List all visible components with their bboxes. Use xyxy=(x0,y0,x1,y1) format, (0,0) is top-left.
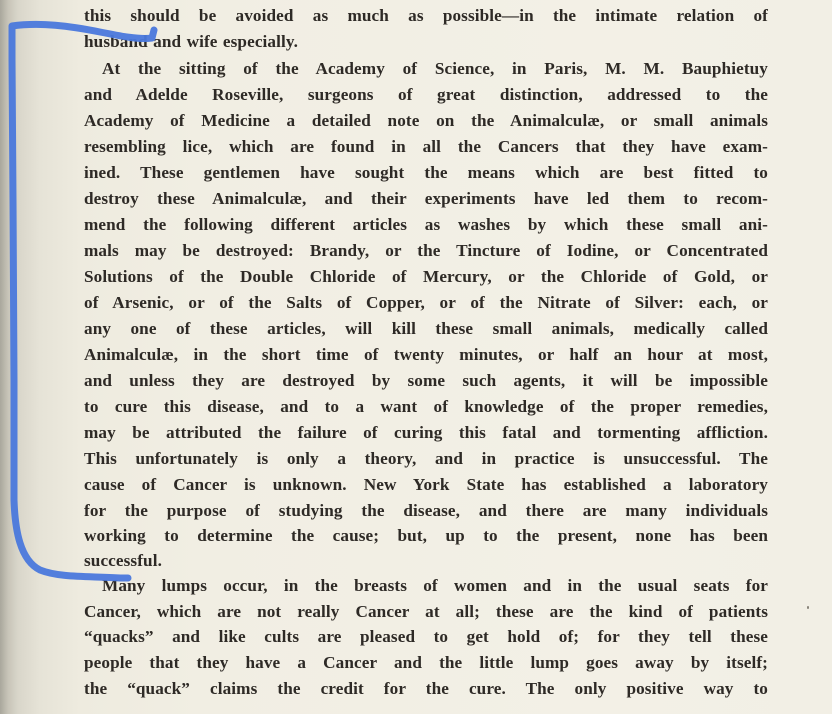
text-line: resembling lice, which are found in all … xyxy=(84,134,768,160)
text-line: and unless they are destroyed by some su… xyxy=(84,368,768,394)
text-line: destroy these Animalculæ, and their expe… xyxy=(84,186,768,212)
text-line: to cure this disease, and to a want of k… xyxy=(84,394,768,420)
text-line: Cancer, which are not really Cancer at a… xyxy=(84,599,768,625)
text-line: Solutions of the Double Chloride of Merc… xyxy=(84,264,768,290)
paper-speck xyxy=(807,606,809,609)
text-line: Animalculæ, in the short time of twenty … xyxy=(84,342,768,368)
text-line: “quacks” and like cults are pleased to g… xyxy=(84,624,768,650)
text-line: This unfortunately is only a theory, and… xyxy=(84,446,768,472)
text-line: people that they have a Cancer and the l… xyxy=(84,650,768,676)
text-line: ined. These gentlemen have sought the me… xyxy=(84,160,768,186)
text-line: working to determine the cause; but, up … xyxy=(84,523,768,549)
text-line: mend the following different articles as… xyxy=(84,212,768,238)
text-line: At the sitting of the Academy of Science… xyxy=(102,56,768,82)
text-line: for the purpose of studying the disease,… xyxy=(84,498,768,524)
text-line: husband and wife especially. xyxy=(84,29,768,55)
text-line: Academy of Medicine a detailed note on t… xyxy=(84,108,768,134)
text-line: cause of Cancer is unknown. New York Sta… xyxy=(84,472,768,498)
text-line: mals may be destroyed: Brandy, or the Ti… xyxy=(84,238,768,264)
text-line: of Arsenic, or of the Salts of Copper, o… xyxy=(84,290,768,316)
book-page: this should be avoided as much as possib… xyxy=(0,0,832,714)
text-line: successful. xyxy=(84,548,768,574)
text-line: and Adelde Roseville, surgeons of great … xyxy=(84,82,768,108)
text-line: may be attributed the failure of curing … xyxy=(84,420,768,446)
text-line: any one of these articles, will kill the… xyxy=(84,316,768,342)
text-line: Many lumps occur, in the breasts of wome… xyxy=(102,573,768,599)
text-line: the “quack” claims the credit for the cu… xyxy=(84,676,768,702)
text-line: this should be avoided as much as possib… xyxy=(84,3,768,29)
